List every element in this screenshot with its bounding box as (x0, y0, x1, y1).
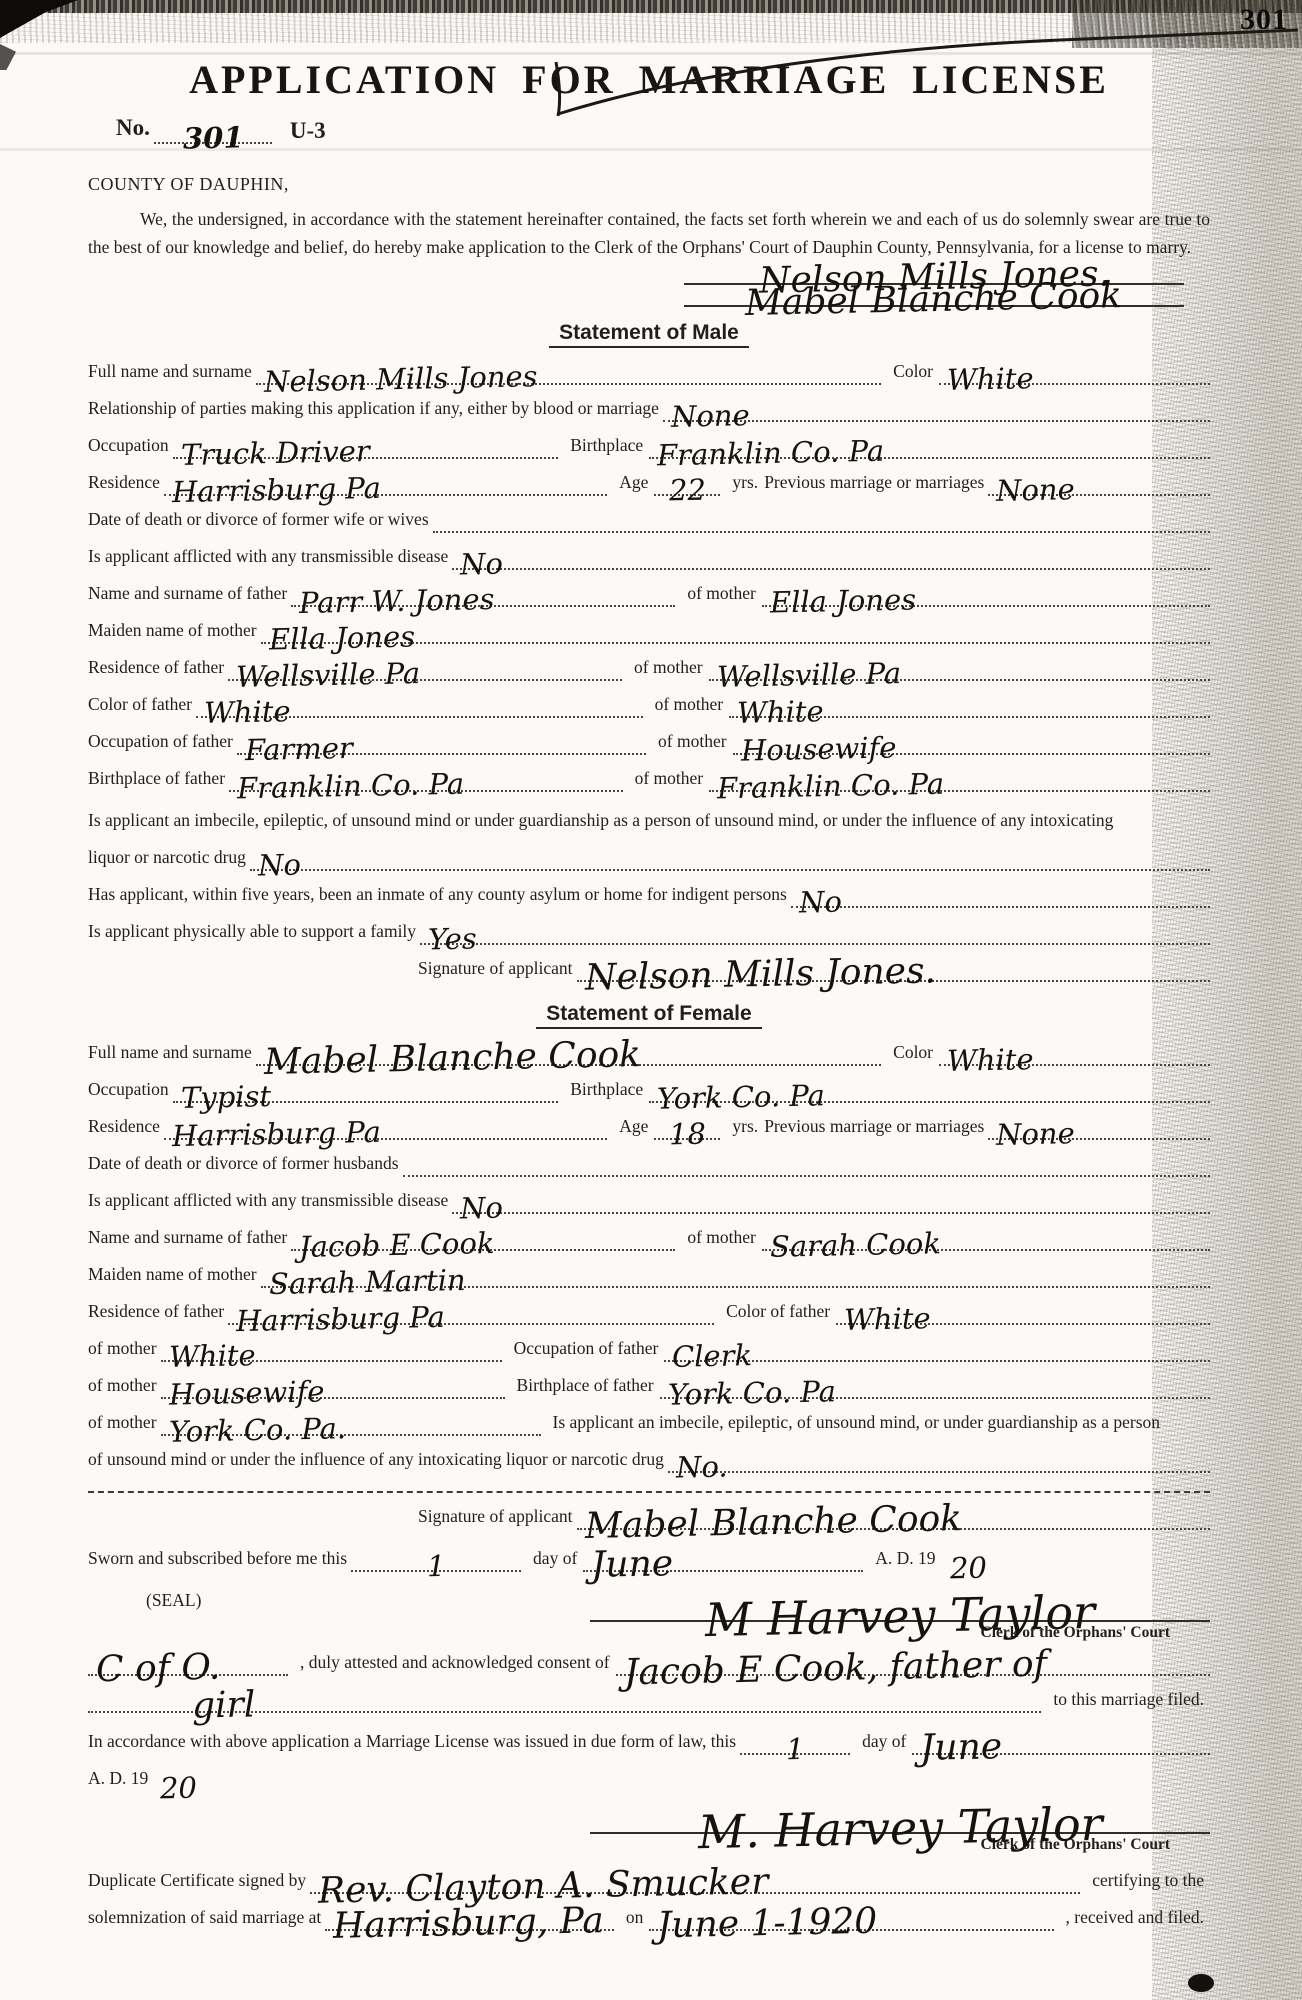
age-field: 22 (654, 470, 720, 496)
male-parents-birthplace-row: Birthplace of father Franklin Co. Pa of … (88, 766, 1210, 792)
disease-handwriting: No (452, 556, 511, 571)
sworn-day-field: 1 (351, 1546, 521, 1572)
father-birthplace-handwriting: Franklin Co. Pa (229, 776, 472, 795)
statement-of-male-heading-wrap: Statement of Male (88, 321, 1210, 348)
father-name-handwriting: Parr W. Jones (291, 592, 503, 610)
female-parents-row: Name and surname of father Jacob E Cook … (88, 1225, 1210, 1251)
age-label: Age (607, 1116, 654, 1140)
sworn-month-handwriting: June (583, 1556, 681, 1574)
section-divider-rule (88, 1491, 1210, 1493)
filed-label: to this marriage filed. (1041, 1689, 1210, 1713)
age-field: 18 (654, 1114, 720, 1140)
mother-occupation-field: Housewife (161, 1373, 505, 1399)
birthplace-field: York Co. Pa (649, 1077, 1210, 1103)
consent-label: , duly attested and acknowledged consent… (288, 1652, 616, 1676)
consent-name-field: Jacob E Cook, father of (616, 1650, 1210, 1676)
disease-field: No (452, 544, 1210, 570)
document-content: APPLICATION FOR MARRIAGE LICENSE No. 301… (0, 0, 1302, 1931)
age-handwriting: 22 (661, 482, 714, 497)
male-occupation-row: Occupation Truck Driver Birthplace Frank… (88, 433, 1210, 459)
of-mother-label: of mother (643, 694, 730, 718)
support-family-field: Yes (420, 919, 1210, 945)
male-imbecile-question-line2: liquor or narcotic drug No (88, 845, 1210, 871)
support-family-label: Is applicant physically able to support … (88, 921, 420, 945)
father-occupation-handwriting: Farmer (237, 741, 361, 758)
clerk-signature-block-2: M. Harvey Taylor Clerk of the Orphans' C… (590, 1792, 1210, 1854)
clerk-signature-block: M Harvey Taylor Clerk of the Orphans' Co… (590, 1580, 1210, 1642)
solemnization-place-field: Harrisburg, Pa (325, 1905, 614, 1931)
male-disease-row: Is applicant afflicted with any transmis… (88, 544, 1210, 570)
former-wives-label: Date of death or divorce of former wife … (88, 509, 433, 533)
father-color-field: White (836, 1299, 1210, 1325)
asylum-field: No (791, 882, 1210, 908)
age-label: Age (607, 472, 654, 496)
mother-color-handwriting: White (160, 1348, 263, 1364)
series-code: U-3 (290, 118, 326, 144)
seal-label: (SEAL) (146, 1590, 201, 1611)
father-residence-handwriting: Harrisburg Pa (228, 1310, 453, 1329)
clerk-signature-handwriting-2: M. Harvey Taylor (690, 1815, 1111, 1842)
mother-color-field: White (729, 692, 1210, 718)
disease-label: Is applicant afflicted with any transmis… (88, 1190, 452, 1214)
previous-marriage-field: None (988, 1114, 1210, 1140)
birthplace-label: Birthplace (558, 1079, 649, 1103)
father-color-handwriting: White (836, 1311, 939, 1327)
issued-year-handwriting: 20 (152, 1780, 205, 1795)
girl-note-field: girl (88, 1687, 1041, 1713)
margin-note-field: C of O. (88, 1650, 288, 1676)
mother-birthplace-handwriting: York Co. Pa. (160, 1421, 353, 1439)
father-name-label: Name and surname of father (88, 1227, 291, 1251)
previous-marriage-label: Previous marriage or marriages (764, 472, 988, 496)
full-name-label: Full name and surname (88, 361, 256, 385)
mother-name-handwriting: Sarah Cook (762, 1236, 949, 1254)
father-birthplace-label: Birthplace of father (505, 1375, 660, 1399)
mother-occupation-field: Housewife (733, 729, 1210, 755)
license-issued-row: In accordance with above application a M… (88, 1729, 1210, 1755)
of-mother-label: of mother (675, 1227, 762, 1251)
county-heading: COUNTY OF DAUPHIN, (88, 174, 1210, 195)
imbecile-question-text: Is applicant an imbecile, epileptic, of … (88, 810, 1117, 834)
maiden-name-field: Sarah Martin (261, 1262, 1210, 1288)
of-mother-label: of mother (88, 1338, 161, 1362)
certifying-label: certifying to the (1080, 1870, 1210, 1894)
color-label: Color (881, 361, 939, 385)
former-husbands-field (403, 1151, 1210, 1177)
sworn-year-handwriting: 20 (941, 1560, 994, 1575)
of-mother-label: of mother (88, 1375, 161, 1399)
imbecile-answer-field: No. (668, 1447, 1210, 1473)
previous-marriage-handwriting: None (988, 482, 1083, 498)
father-birthplace-field: York Co. Pa (660, 1373, 1210, 1399)
father-residence-field: Harrisburg Pa (228, 1299, 714, 1325)
issued-month-field: June (912, 1729, 1210, 1755)
received-filed-label: , received and filed. (1054, 1907, 1210, 1931)
preamble-paragraph: We, the undersigned, in accordance with … (88, 205, 1210, 261)
full-name-field: Mabel Blanche Cook (256, 1040, 881, 1066)
margin-note-handwriting: C of O. (88, 1660, 229, 1679)
male-parents-color-row: Color of father White of mother White (88, 692, 1210, 718)
mother-birthplace-handwriting: Franklin Co. Pa (709, 776, 952, 795)
residence-label: Residence (88, 472, 164, 496)
mother-name-handwriting: Ella Jones (762, 592, 924, 609)
sworn-row: Sworn and subscribed before me this 1 da… (88, 1546, 1210, 1572)
solemnization-row: solemnization of said marriage at Harris… (88, 1905, 1210, 1931)
father-name-field: Parr W. Jones (291, 581, 675, 607)
document-title: APPLICATION FOR MARRIAGE LICENSE (88, 56, 1210, 103)
female-applicant-signature-handwriting: Mabel Blanche Cook (576, 1511, 969, 1535)
number-field: 301 (154, 128, 272, 144)
full-name-handwriting: Nelson Mills Jones (256, 369, 546, 389)
full-name-field: Nelson Mills Jones (256, 359, 881, 385)
ink-blot-artifact (1188, 1974, 1214, 1992)
occupation-handwriting: Truck Driver (173, 444, 378, 462)
birthplace-label: Birthplace (558, 435, 649, 459)
father-occupation-label: Occupation of father (502, 1338, 665, 1362)
number-label: No. (116, 115, 154, 144)
birthplace-field: Franklin Co. Pa (649, 433, 1210, 459)
imbecile-answer-handwriting: No. (668, 1459, 736, 1474)
of-mother-label: of mother (622, 657, 709, 681)
occupation-label: Occupation (88, 1079, 173, 1103)
previous-marriage-field: None (988, 470, 1210, 496)
color-handwriting: White (939, 371, 1042, 387)
girl-note-handwriting: girl (184, 1697, 264, 1715)
female-applicant-signature-field: Mabel Blanche Cook (577, 1504, 1210, 1530)
female-signature-handwriting: Mabel Blanche Cook (737, 288, 1130, 312)
color-field: White (939, 1040, 1210, 1066)
maiden-name-handwriting: Sarah Martin (261, 1273, 474, 1291)
scanned-marriage-application-page: 301 APPLICATION FOR MARRIAGE LICENSE No.… (0, 0, 1302, 2000)
statement-of-female-heading-wrap: Statement of Female (88, 1002, 1210, 1029)
female-mother-color-row: of mother White Occupation of father Cle… (88, 1336, 1210, 1362)
female-maiden-name-row: Maiden name of mother Sarah Martin (88, 1262, 1210, 1288)
age-handwriting: 18 (661, 1126, 714, 1141)
previous-marriage-handwriting: None (988, 1126, 1083, 1142)
clerk-signature-handwriting: M Harvey Taylor (697, 1603, 1103, 1629)
yrs-label: yrs. (720, 1116, 764, 1140)
father-name-handwriting: Jacob E Cook (291, 1236, 503, 1254)
maiden-name-field: Ella Jones (261, 618, 1210, 644)
occupation-handwriting: Typist (173, 1089, 279, 1105)
father-birthplace-label: Birthplace of father (88, 768, 229, 792)
issued-month-handwriting: June (912, 1739, 1010, 1757)
female-imbecile-line2: of unsound mind or under the influence o… (88, 1447, 1210, 1473)
father-color-label: Color of father (88, 694, 196, 718)
mother-color-handwriting: White (729, 704, 832, 720)
female-father-residence-row: Residence of father Harrisburg Pa Color … (88, 1299, 1210, 1325)
disease-label: Is applicant afflicted with any transmis… (88, 546, 452, 570)
female-mother-occupation-row: of mother Housewife Birthplace of father… (88, 1373, 1210, 1399)
mother-color-field: White (161, 1336, 502, 1362)
day-of-label: day of (850, 1731, 912, 1755)
sworn-month-field: June (583, 1546, 863, 1572)
color-handwriting: White (939, 1052, 1042, 1068)
father-residence-handwriting: Wellsville Pa (228, 666, 428, 684)
color-label: Color (881, 1042, 939, 1066)
birthplace-handwriting: York Co. Pa (649, 1088, 833, 1106)
mother-name-field: Sarah Cook (762, 1225, 1210, 1251)
imbecile-answer-handwriting: No (250, 857, 309, 872)
father-name-label: Name and surname of father (88, 583, 291, 607)
ad-label: A. D. 19 (863, 1548, 941, 1572)
occupation-field: Typist (173, 1077, 559, 1103)
relationship-handwriting: None (663, 408, 758, 424)
of-mother-label: of mother (675, 583, 762, 607)
color-field: White (939, 359, 1210, 385)
male-applicant-signature-field: Nelson Mills Jones. (577, 956, 1210, 982)
imbecile-question-text: Is applicant an imbecile, epileptic, of … (541, 1412, 1166, 1436)
male-former-wives-row: Date of death or divorce of former wife … (88, 507, 1210, 533)
mother-name-field: Ella Jones (762, 581, 1210, 607)
number-value-handwriting: 301 (174, 130, 251, 146)
female-signature-row: Signature of applicant Mabel Blanche Coo… (88, 1504, 1210, 1530)
father-residence-label: Residence of father (88, 1301, 228, 1325)
male-relationship-row: Relationship of parties making this appl… (88, 396, 1210, 422)
occupation-label: Occupation (88, 435, 173, 459)
father-occupation-label: Occupation of father (88, 731, 237, 755)
female-mother-birthplace-row: of mother York Co. Pa. Is applicant an i… (88, 1410, 1210, 1436)
mother-birthplace-field: York Co. Pa. (161, 1410, 541, 1436)
signature-of-applicant-label: Signature of applicant (418, 1506, 577, 1530)
solemnization-date-handwriting: June 1-1920 (649, 1914, 886, 1935)
male-maiden-name-row: Maiden name of mother Ella Jones (88, 618, 1210, 644)
full-name-handwriting: Mabel Blanche Cook (256, 1047, 649, 1071)
female-residence-row: Residence Harrisburg Pa Age 18 yrs. Prev… (88, 1114, 1210, 1140)
female-full-name-row: Full name and surname Mabel Blanche Cook… (88, 1040, 1210, 1066)
disease-handwriting: No (452, 1200, 511, 1215)
sworn-day-handwriting: 1 (419, 1559, 454, 1574)
solemnization-label: solemnization of said marriage at (88, 1907, 325, 1931)
father-birthplace-field: Franklin Co. Pa (229, 766, 623, 792)
asylum-handwriting: No (791, 894, 850, 909)
day-of-label: day of (521, 1548, 583, 1572)
issued-day-field: 1 (740, 1729, 850, 1755)
female-occupation-row: Occupation Typist Birthplace York Co. Pa (88, 1077, 1210, 1103)
disease-field: No (452, 1188, 1210, 1214)
father-name-field: Jacob E Cook (291, 1225, 675, 1251)
page-number-stamp: 301 (1240, 3, 1288, 37)
residence-label: Residence (88, 1116, 164, 1140)
father-birthplace-handwriting: York Co. Pa (659, 1384, 843, 1402)
mother-birthplace-field: Franklin Co. Pa (709, 766, 1210, 792)
imbecile-answer-field: No (250, 845, 1210, 871)
sworn-label: Sworn and subscribed before me this (88, 1548, 351, 1572)
female-disease-row: Is applicant afflicted with any transmis… (88, 1188, 1210, 1214)
maiden-name-label: Maiden name of mother (88, 1264, 261, 1288)
father-occupation-field: Farmer (237, 729, 646, 755)
signature-of-applicant-label: Signature of applicant (418, 958, 577, 982)
relationship-field: None (663, 396, 1210, 422)
clerk-row-2: M. Harvey Taylor Clerk of the Orphans' C… (88, 1792, 1210, 1854)
birthplace-handwriting: Franklin Co. Pa (649, 443, 892, 462)
male-asylum-row: Has applicant, within five years, been a… (88, 882, 1210, 908)
of-mother-label: of mother (623, 768, 710, 792)
male-applicant-signature-handwriting: Nelson Mills Jones. (576, 963, 943, 987)
duplicate-signer-handwriting: Rev. Clayton A. Smucker (310, 1874, 777, 1900)
occupation-field: Truck Driver (173, 433, 559, 459)
seal-and-clerk-row: (SEAL) M Harvey Taylor Clerk of the Orph… (88, 1580, 1210, 1642)
mother-residence-field: Wellsville Pa (709, 655, 1210, 681)
male-imbecile-question-line1: Is applicant an imbecile, epileptic, of … (88, 808, 1210, 834)
license-issued-label: In accordance with above application a M… (88, 1731, 740, 1755)
father-color-label: Color of father (714, 1301, 836, 1325)
residence-field: Harrisburg Pa (164, 470, 607, 496)
male-parents-residence-row: Residence of father Wellsville Pa of mot… (88, 655, 1210, 681)
maiden-name-handwriting: Ella Jones (261, 629, 423, 646)
maiden-name-label: Maiden name of mother (88, 620, 261, 644)
duplicate-certificate-label: Duplicate Certificate signed by (88, 1870, 310, 1894)
mother-residence-handwriting: Wellsville Pa (708, 666, 908, 684)
of-mother-label: of mother (646, 731, 733, 755)
former-wives-field (433, 507, 1210, 533)
male-support-row: Is applicant physically able to support … (88, 919, 1210, 945)
yrs-label: yrs. (720, 472, 764, 496)
female-signature-line: Mabel Blanche Cook (684, 289, 1184, 307)
mother-occupation-handwriting: Housewife (732, 740, 904, 758)
residence-handwriting: Harrisburg Pa (164, 1125, 389, 1144)
asylum-label: Has applicant, within five years, been a… (88, 884, 791, 908)
consent-row: C of O. , duly attested and acknowledged… (88, 1650, 1210, 1676)
issued-day-handwriting: 1 (778, 1742, 813, 1757)
female-former-husbands-row: Date of death or divorce of former husba… (88, 1151, 1210, 1177)
support-family-handwriting: Yes (420, 931, 485, 946)
male-full-name-row: Full name and surname Nelson Mills Jones… (88, 359, 1210, 385)
statement-of-male-heading: Statement of Male (549, 321, 749, 348)
solemnization-date-field: June 1-1920 (649, 1905, 1053, 1931)
ad-label: A. D. 19 (88, 1768, 152, 1792)
clerk-signature-line: M Harvey Taylor (590, 1580, 1210, 1622)
residence-handwriting: Harrisburg Pa (164, 481, 389, 500)
father-color-field: White (196, 692, 643, 718)
duplicate-signer-field: Rev. Clayton A. Smucker (310, 1868, 1080, 1894)
male-signature-row: Signature of applicant Nelson Mills Jone… (88, 956, 1210, 982)
of-mother-label: of mother (88, 1412, 161, 1436)
father-color-handwriting: White (196, 704, 299, 720)
statement-of-female-heading: Statement of Female (536, 1002, 761, 1029)
imbecile-question-text2: liquor or narcotic drug (88, 847, 250, 871)
previous-marriage-label: Previous marriage or marriages (764, 1116, 988, 1140)
consent-name-handwriting: Jacob E Cook, father of (615, 1656, 1054, 1681)
father-residence-field: Wellsville Pa (228, 655, 622, 681)
former-husbands-label: Date of death or divorce of former husba… (88, 1153, 403, 1177)
relationship-label: Relationship of parties making this appl… (88, 398, 663, 422)
male-residence-row: Residence Harrisburg Pa Age 22 yrs. Prev… (88, 470, 1210, 496)
father-occupation-field: Clerk (664, 1336, 1210, 1362)
imbecile-question-text2: of unsound mind or under the influence o… (88, 1449, 668, 1473)
issued-year-row: A. D. 19 20 (88, 1766, 1210, 1792)
on-label: on (614, 1907, 650, 1931)
father-residence-label: Residence of father (88, 657, 228, 681)
residence-field: Harrisburg Pa (164, 1114, 607, 1140)
full-name-label: Full name and surname (88, 1042, 256, 1066)
father-occupation-handwriting: Clerk (664, 1348, 760, 1364)
applicant-signatures-block: Nelson Mills Jones. Mabel Blanche Cook (684, 267, 1184, 307)
application-number-row: No. 301 U-3 (116, 115, 1210, 144)
duplicate-certificate-row: Duplicate Certificate signed by Rev. Cla… (88, 1868, 1210, 1894)
mother-occupation-handwriting: Housewife (160, 1384, 332, 1402)
male-parents-row: Name and surname of father Parr W. Jones… (88, 581, 1210, 607)
male-parents-occupation-row: Occupation of father Farmer of mother Ho… (88, 729, 1210, 755)
solemnization-place-handwriting: Harrisburg, Pa (325, 1913, 612, 1935)
clerk-signature-line-2: M. Harvey Taylor (590, 1792, 1210, 1834)
